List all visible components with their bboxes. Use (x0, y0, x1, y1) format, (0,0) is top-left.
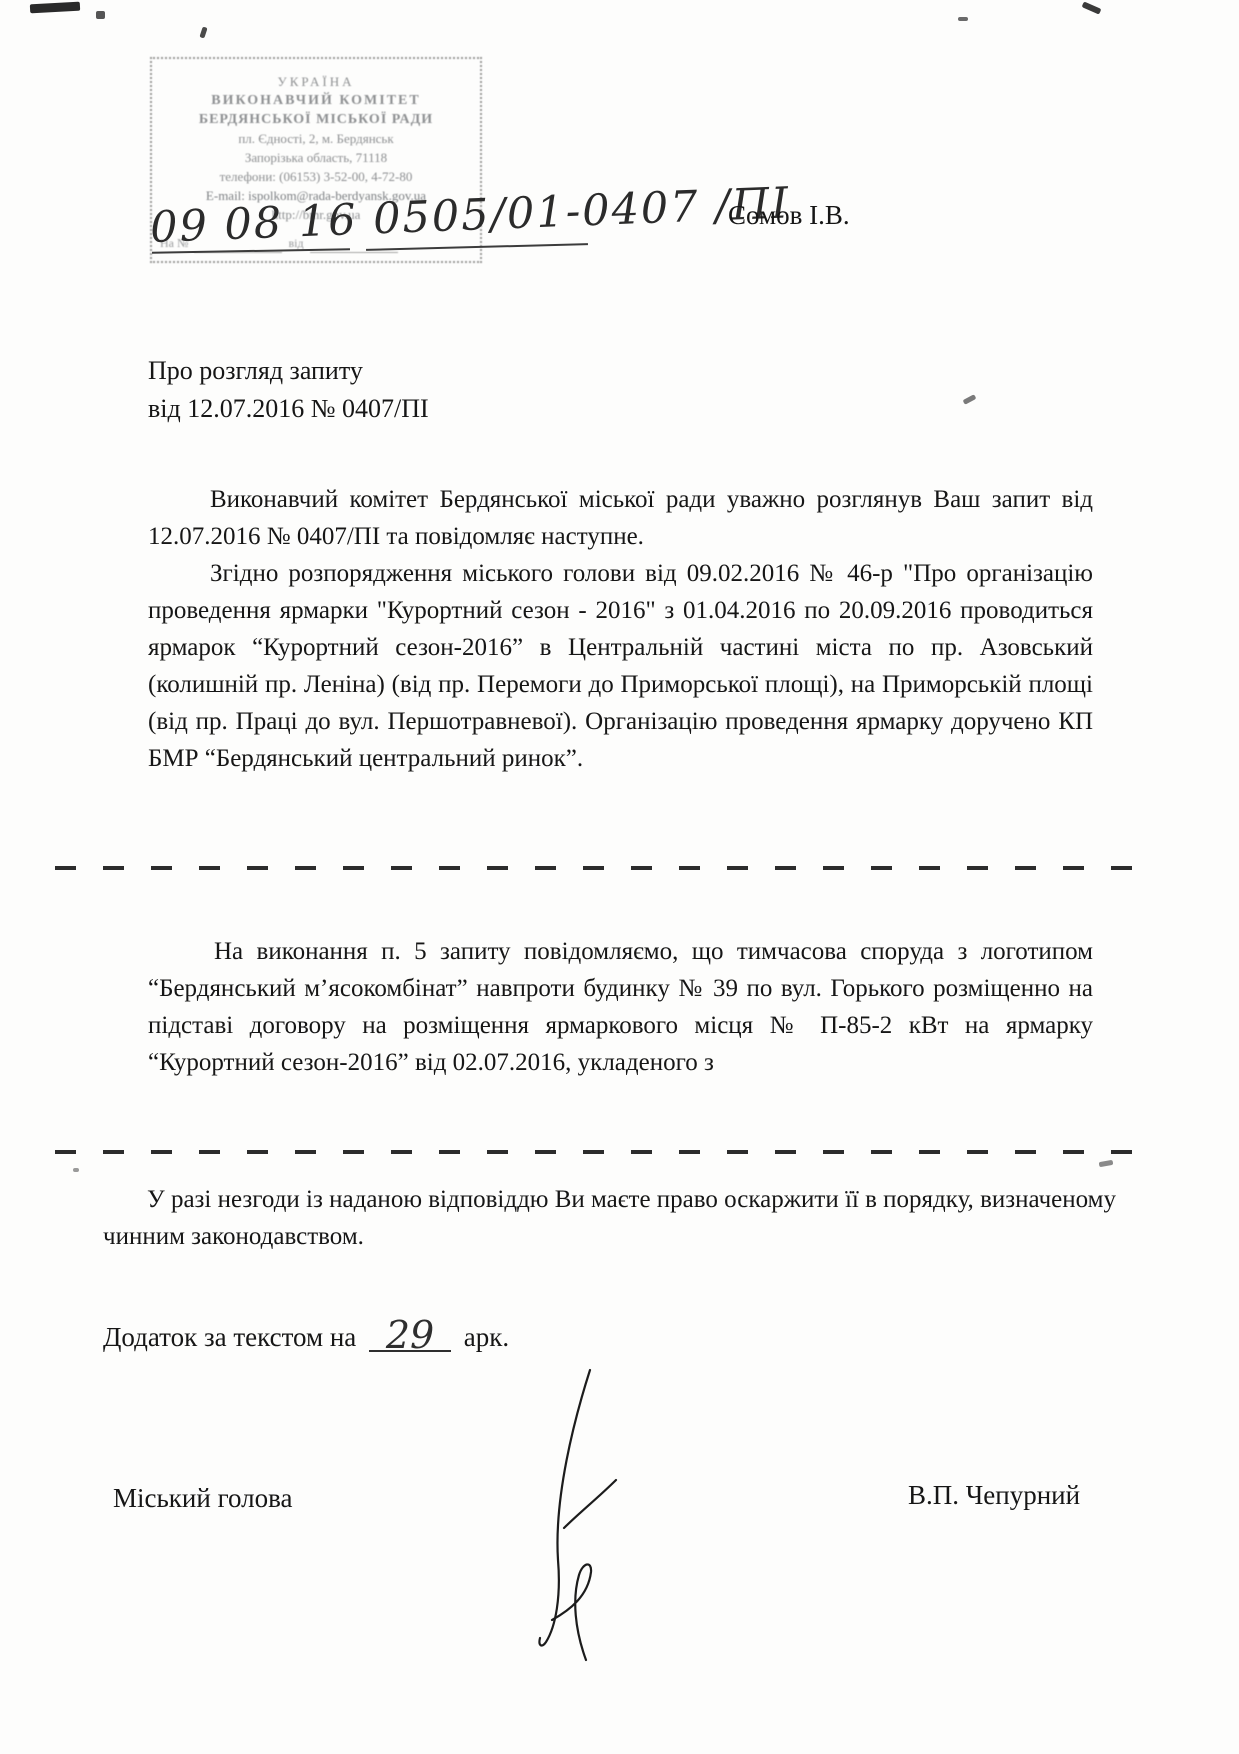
stamp-org-line1: ВИКОНАВЧИЙ КОМІТЕТ (152, 91, 480, 110)
scan-artifact (1099, 1160, 1114, 1167)
stamp-address-line1: пл. Єдності, 2, м. Бердянськ (152, 129, 480, 148)
stamp-address-line2: Запорізька область, 71118 (152, 148, 480, 167)
recipient-name: Сомов І.В. (728, 200, 850, 231)
stamp-org-line2: БЕРДЯНСЬКОЇ МІСЬКОЇ РАДИ (152, 110, 480, 129)
scan-artifact (73, 1168, 79, 1172)
body-paragraph-2: Згідно розпорядження міського голови від… (148, 555, 1093, 777)
body-paragraph-4: У разі незгоди із наданою відповіддю Ви … (103, 1181, 1116, 1255)
attachment-suffix: арк. (464, 1322, 509, 1352)
body-paragraph-3: На виконання п. 5 запиту повідомляємо, щ… (148, 933, 1093, 1081)
stamp-country: УКРАЇНА (152, 72, 480, 91)
scan-artifact (96, 11, 105, 19)
scan-artifact (1082, 1, 1102, 14)
scanned-letter-page: УКРАЇНА ВИКОНАВЧИЙ КОМІТЕТ БЕРДЯНСЬКОЇ М… (0, 0, 1239, 1754)
signature-mark (512, 1368, 662, 1663)
scan-artifact (958, 17, 968, 21)
attachment-line: Додаток за текстом на 29 арк. (103, 1318, 509, 1353)
signatory-name: В.П. Чепурний (908, 1480, 1080, 1511)
scan-artifact (963, 394, 977, 405)
handwritten-page-count: 29 (369, 1320, 451, 1352)
body-paragraph-1: Виконавчий комітет Бердянської міської р… (148, 481, 1093, 555)
signatory-title: Міський голова (113, 1483, 292, 1514)
attachment-prefix: Додаток за текстом на (103, 1322, 356, 1352)
redaction-separator-2 (55, 1150, 1150, 1154)
subject-line1: Про розгляд запиту (148, 352, 429, 390)
redaction-separator-1 (55, 866, 1150, 870)
subject-block: Про розгляд запиту від 12.07.2016 № 0407… (148, 352, 429, 428)
scan-artifact (199, 26, 207, 38)
stamp-phones: телефони: (06153) 3-52-00, 4-72-80 (152, 167, 480, 186)
subject-line2: від 12.07.2016 № 0407/ПІ (148, 390, 429, 428)
scan-artifact (30, 2, 80, 14)
